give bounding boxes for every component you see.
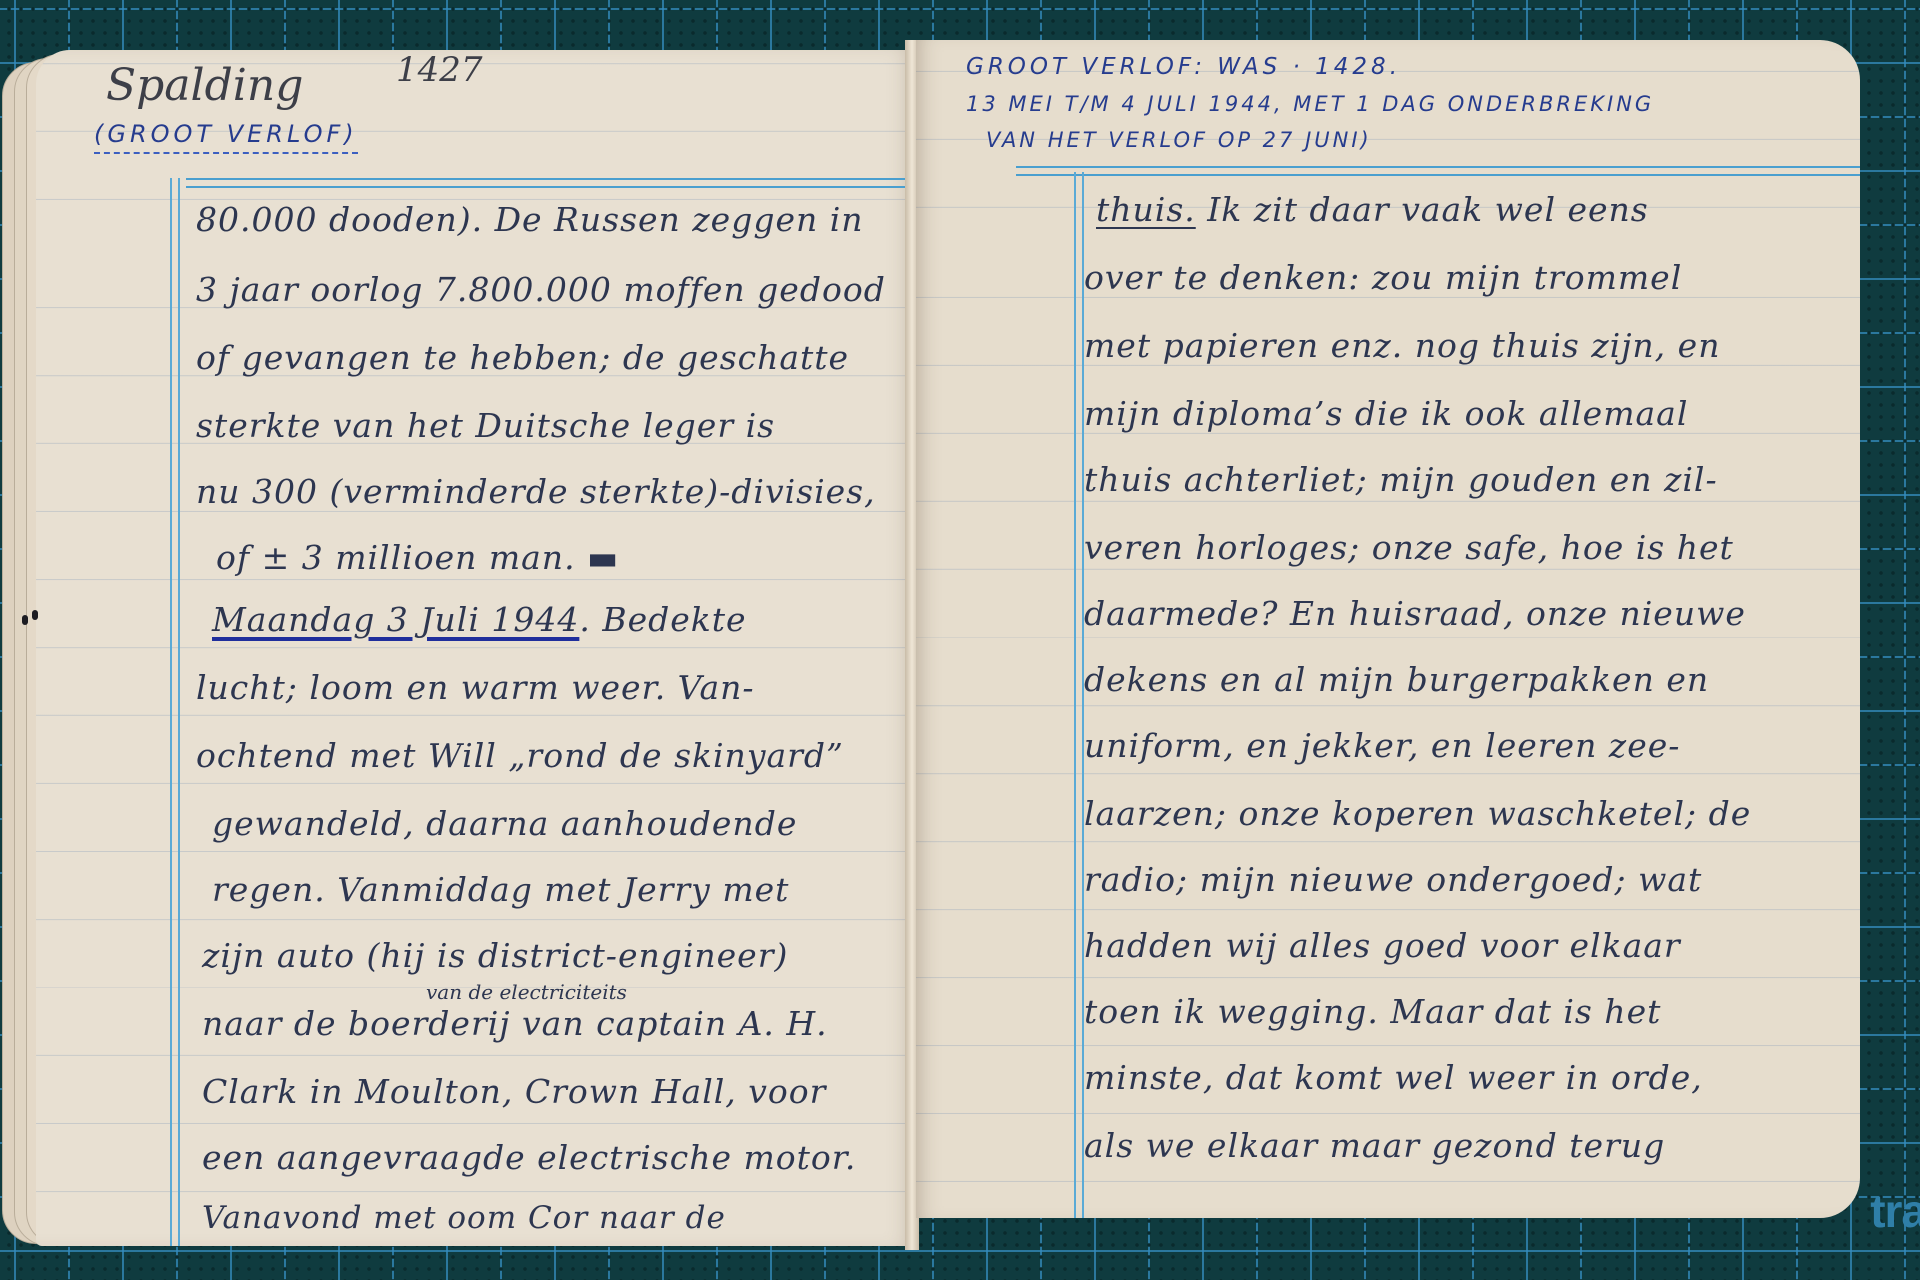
insert-text: van de electriciteits	[426, 980, 627, 1004]
left-page: Spalding 1427 (GROOT VERLOF) 80.000 dood…	[36, 50, 916, 1246]
diary-line: Vanavond met oom Cor naar de	[202, 1200, 726, 1236]
header-subtitle: (GROOT VERLOF)	[94, 120, 358, 154]
header-place: Spalding	[106, 60, 303, 111]
diary-line: een aangevraagde electrische motor.	[202, 1138, 856, 1177]
diary-line: daarmede? En huisraad, onze nieuwe	[1084, 594, 1746, 633]
diary-line-date: Maandag 3 Juli 1944. Bedekte	[212, 600, 747, 639]
ink-mark	[22, 615, 28, 625]
diary-line: uniform, en jekker, en leeren zee-	[1084, 726, 1680, 765]
diary-line: thuis achterliet; mijn gouden en zil-	[1084, 460, 1718, 499]
header-rule	[186, 178, 916, 188]
date-heading-rest: . Bedekte	[579, 600, 746, 639]
diary-line: over te denken: zou mijn trommel	[1084, 258, 1682, 297]
diary-line: laarzen; onze koperen waschketel; de	[1084, 794, 1751, 833]
diary-line: dekens en al mijn burgerpakken en	[1084, 660, 1709, 699]
diary-line: nu 300 (verminderde sterkte)-divisies,	[196, 472, 876, 511]
diary-line: thuis. Ik zit daar vaak wel eens	[1096, 190, 1649, 229]
diary-line: radio; mijn nieuwe ondergoed; wat	[1084, 860, 1702, 899]
diary-line: of gevangen te hebben; de geschatte	[196, 338, 849, 377]
diary-line: Clark in Moulton, Crown Hall, voor	[202, 1072, 826, 1111]
diary-line: toen ik wegging. Maar dat is het	[1084, 992, 1661, 1031]
left-margin-rule	[1074, 172, 1084, 1218]
diary-line: met papieren enz. nog thuis zijn, en	[1084, 326, 1720, 365]
diary-line: 3 jaar oorlog 7.800.000 moffen gedood	[196, 270, 886, 309]
diary-line: sterkte van het Duitsche leger is	[196, 406, 775, 445]
diary-line: zijn auto (hij is district-engineer)	[202, 936, 788, 975]
diary-line: hadden wij alles goed voor elkaar	[1084, 926, 1681, 965]
diary-line: naar de boerderij van captain A. H.	[202, 1004, 828, 1043]
header-line-3: VAN HET VERLOF OP 27 JUNI)	[986, 128, 1372, 152]
header-line-2: 13 MEI T/M 4 JULI 1944, MET 1 DAG ONDERB…	[966, 92, 1654, 116]
diary-line: als we elkaar maar gezond terug	[1084, 1126, 1665, 1165]
date-heading: Maandag 3 Juli 1944	[212, 600, 579, 639]
diary-line: ochtend met Will „rond de skinyard”	[196, 736, 844, 775]
mat-brand-watermark: tra	[1870, 1184, 1920, 1238]
left-margin-rule	[170, 178, 180, 1246]
diary-line: 80.000 dooden). De Russen zeggen in	[196, 200, 864, 239]
diary-line: of ± 3 millioen man. ▬	[216, 538, 619, 577]
diary-line: gewandeld, daarna aanhoudende	[212, 804, 797, 843]
ink-mark	[32, 610, 38, 620]
underlined-word: thuis.	[1096, 190, 1196, 229]
diary-line: veren horloges; onze safe, hoe is het	[1084, 528, 1734, 567]
diary-line: lucht; loom en warm weer. Van-	[196, 668, 755, 707]
diary-line: regen. Vanmiddag met Jerry met	[212, 870, 789, 909]
right-page: GROOT VERLOF: WAS · 1428. 13 MEI T/M 4 J…	[916, 40, 1860, 1218]
header-rule	[1016, 166, 1860, 176]
diary-line: mijn diploma’s die ik ook allemaal	[1084, 394, 1688, 433]
diary-line: minste, dat komt wel weer in orde,	[1084, 1058, 1703, 1097]
header-line-1: GROOT VERLOF: WAS · 1428.	[966, 54, 1401, 80]
page-number: 1427	[396, 50, 483, 90]
